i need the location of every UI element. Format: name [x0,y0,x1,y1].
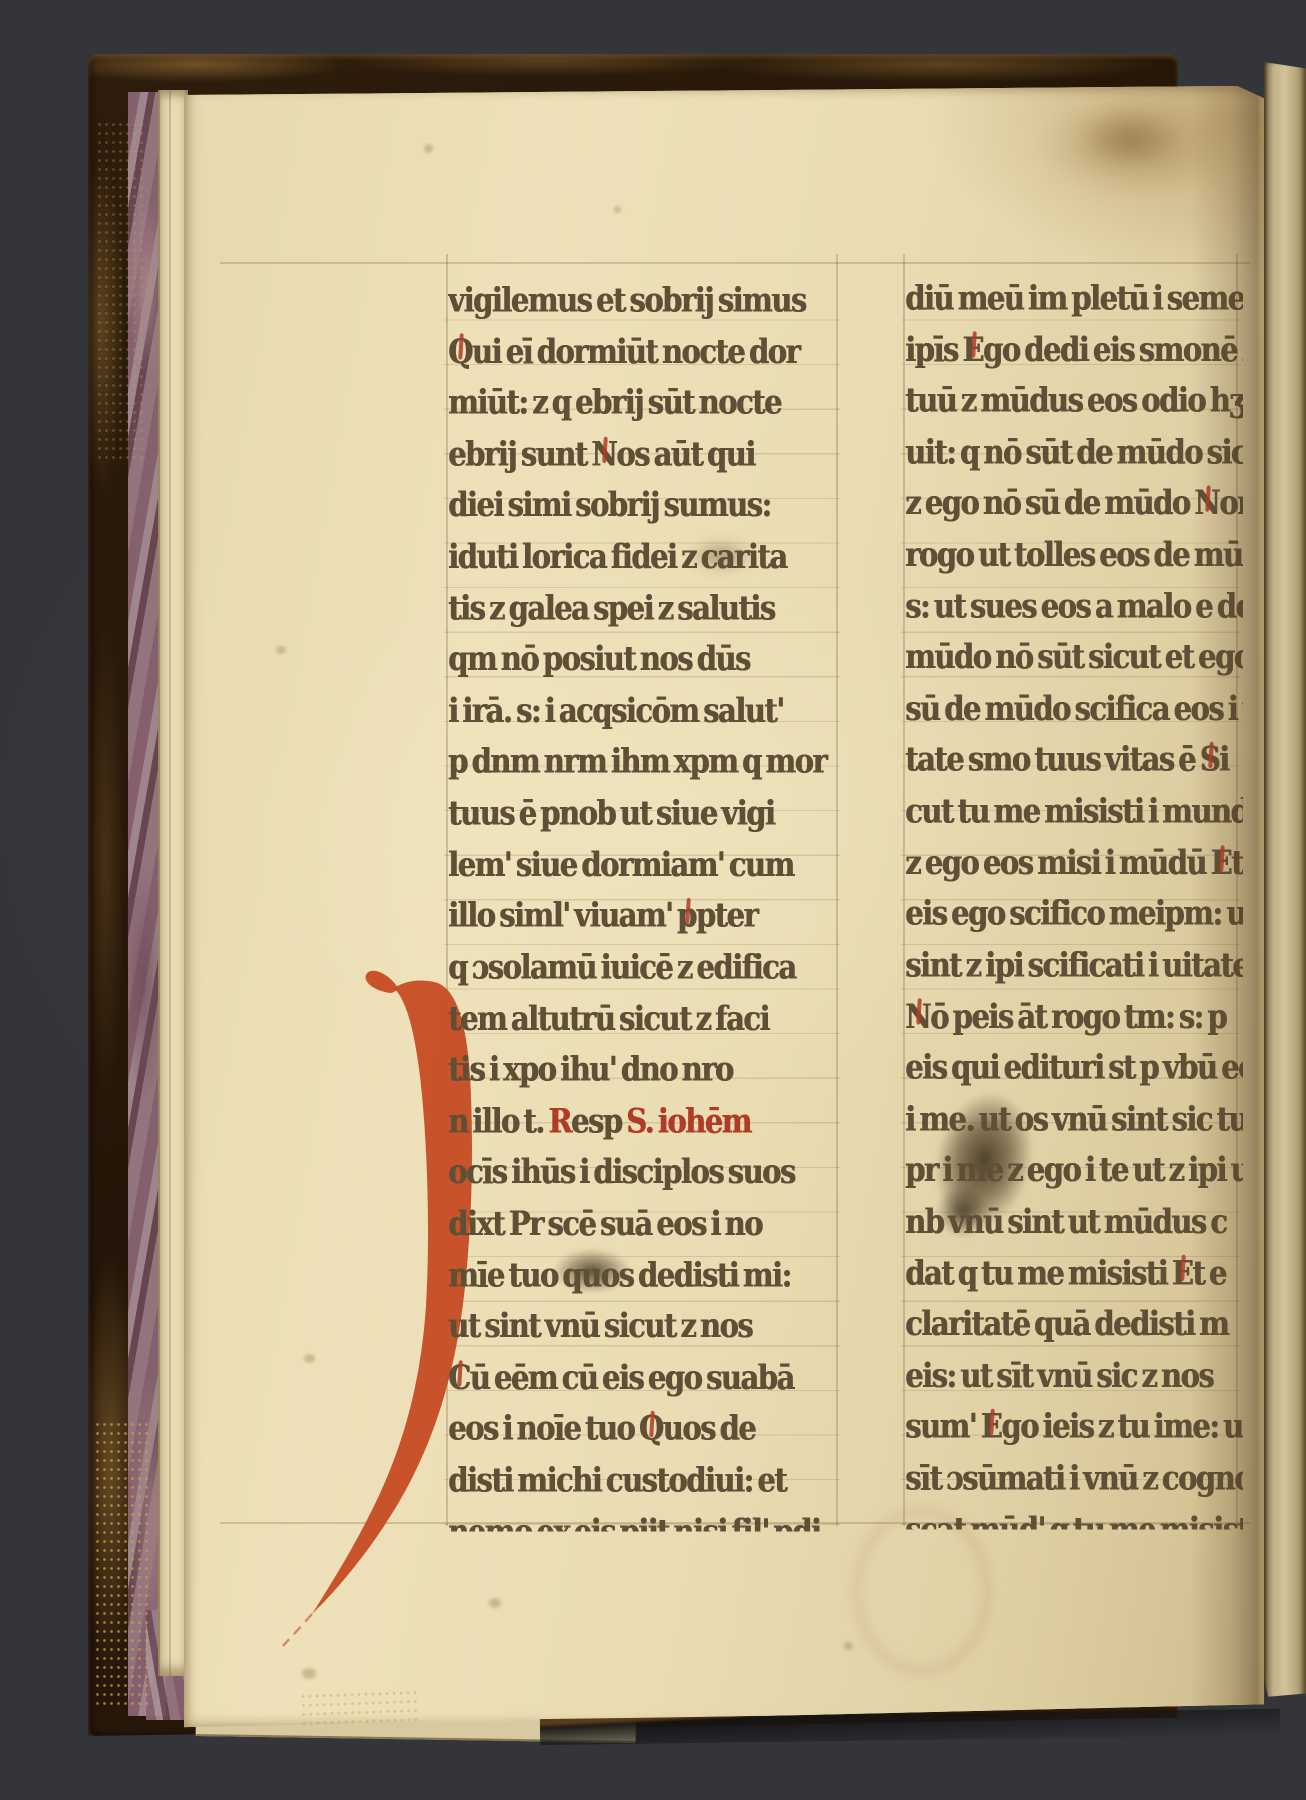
text-segment-ink: tem altutrū sicut z faci [448,999,769,1038]
next-leaf-fore-edge [1264,62,1306,1700]
stacked-page-edges [158,90,188,1676]
photograph-of-manuscript: { "artifact": { "type": "medieval-manusc… [0,0,1306,1800]
text-line: iduti lorica fidei z carita [448,535,840,586]
text-segment-ink: pter [696,896,757,935]
text-segment-ink: os aūt qui [616,434,755,473]
text-segment-rt: N [905,994,930,1039]
text-segment-rt: E [981,1405,1002,1450]
fox-spot [302,1668,316,1679]
left-text-column: vigilemus et sobrij simusQui eī dormiūt … [448,278,840,1532]
text-segment-ink: tuus ē pnob ut siue vigi [448,793,774,832]
text-segment-rt: Q [448,329,472,374]
fox-spot [276,646,286,654]
text-line: ut sint vnū sicut z nos [448,1304,840,1355]
text-segment-rt: p [677,894,696,939]
text-line: ebrij sunt Nos aūt qui [448,432,840,483]
text-line: lem' siue dormiam' cum [448,842,840,893]
text-segment-ink: ipīs [905,330,962,369]
text-line: tuus ē pnob ut siue vigi [448,791,840,842]
text-segment-ink: dat q tu me misisti [905,1253,1172,1292]
fox-spot [304,1354,315,1363]
text-segment-ink: illo siml' viuam' [448,896,677,935]
leather-wear-speckle [96,120,144,460]
text-segment-ink: uos de [663,1409,756,1448]
manuscript-page: vigilemus et sobrij simusQui eī dormiūt … [184,86,1264,1728]
text-line: Qui eī dormiūt nocte dor [448,329,840,380]
text-segment-ink: disti michi custodiui: et [448,1460,786,1499]
text-segment-ink: ū eēm cū eis ego suabā [470,1358,794,1397]
text-line: diei simi sobrij sumus: [448,483,840,534]
text-line: qm nō posiut nos dūs [448,637,840,688]
text-line: mīe tuo quos dedisti mi: [448,1253,840,1304]
text-line: i irā. s: i acqsicōm salut' [448,688,840,739]
text-segment-ink: nb vnū sint ut mūdus c [905,1202,1226,1241]
text-segment-ink: tis i xpo ihu' dno nro [448,1050,733,1089]
text-line: n illo t. Resp S. iohēm [448,1099,840,1150]
text-line: p dnm nrm ihm xpm q mor [448,740,840,791]
text-segment-ink: ō peis āt rogo tm: s: p [930,997,1226,1036]
text-line: disti michi custodiui: et [448,1458,840,1509]
text-segment-ink: claritatē quā dedisti m [905,1304,1228,1343]
fox-spot [614,206,621,213]
text-line: eos i noīe tuo Quos de [448,1407,840,1458]
text-segment-ink: esp [571,1101,626,1140]
text-segment-ink: ui eī dormiūt nocte dor [472,332,799,371]
page-curl-shading [1190,86,1264,1728]
text-segment-ink: tis z galea spei z salutis [448,588,775,627]
text-segment-ink: p dnm nrm ihm xpm q mor [448,742,826,781]
text-line: illo siml' viuam' ppter [448,894,840,945]
show-through-ring [852,1506,992,1676]
text-segment-ink: mīe tuo quos dedisti mi: [448,1255,791,1294]
text-line: tem altutrū sicut z faci [448,996,840,1047]
text-segment-ink: miūt: z q ebrij sūt nocte [448,383,781,422]
text-segment-rt: E [962,327,983,372]
text-segment-ink: n illo t. [448,1101,548,1140]
text-segment-rt: Q [639,1407,663,1452]
text-segment-ink: z ego nō sū de mūdo [905,484,1194,523]
text-segment-red: S. iohēm [626,1101,751,1140]
text-line: ocīs ihūs i disciplos suos [448,1150,840,1201]
text-segment-ink: iduti lorica fidei z carita [448,537,786,576]
text-line: nemo ex eis pijt nisi fil' pdi [448,1509,840,1531]
fox-spot [489,1598,501,1608]
text-segment-ink: vigilemus et sobrij simus [448,280,806,319]
text-segment-rt: C [448,1355,470,1400]
text-line: Cū eēm cū eis ego suabā [448,1355,840,1406]
text-segment-ink: tate smo tuus vitas ē [905,740,1200,779]
text-segment-ink: i irā. s: i acqsicōm salut' [448,691,783,730]
text-line: vigilemus et sobrij simus [448,278,840,329]
text-line: tis i xpo ihu' dno nro [448,1048,840,1099]
text-segment-ink: eos i noīe tuo [448,1409,639,1448]
ruling-line [220,262,1250,264]
text-segment-ink: nemo ex eis pijt nisi fil' pdi [448,1512,820,1532]
text-line: miūt: z q ebrij sūt nocte [448,381,840,432]
text-segment-rt: N [591,432,616,477]
text-segment-ink: ebrij sunt [448,434,591,473]
text-segment-ink: sum' [905,1407,981,1446]
fox-spot [424,144,433,153]
text-segment-ink: lem' siue dormiam' cum [448,845,794,884]
text-segment-ink: eis: ut sīt vnū sic z nos [905,1356,1213,1395]
text-line: dixt Pr scē suā eos i no [448,1201,840,1252]
text-segment-ink: dixt Pr scē suā eos i no [448,1204,762,1243]
leather-wear-speckle [94,1420,148,1710]
text-segment-ink: ut sint vnū sicut z nos [448,1306,752,1345]
text-segment-ink: z ego eos misi i mūdū [905,843,1210,882]
leather-wear-speckle [299,1688,420,1726]
text-segment-red: R [548,1101,571,1140]
text-segment-ink: qm nō posiut nos dūs [448,639,750,678]
text-segment-ink: ocīs ihūs i disciplos suos [448,1152,795,1191]
text-segment-ink: q ɔsolamū iuicē z edifica [448,947,795,986]
corner-stain [1064,100,1194,176]
text-segment-ink: diei simi sobrij sumus: [448,486,771,525]
fox-spot [844,1642,853,1650]
text-line: q ɔsolamū iuicē z edifica [448,945,840,996]
text-line: tis z galea spei z salutis [448,586,840,637]
